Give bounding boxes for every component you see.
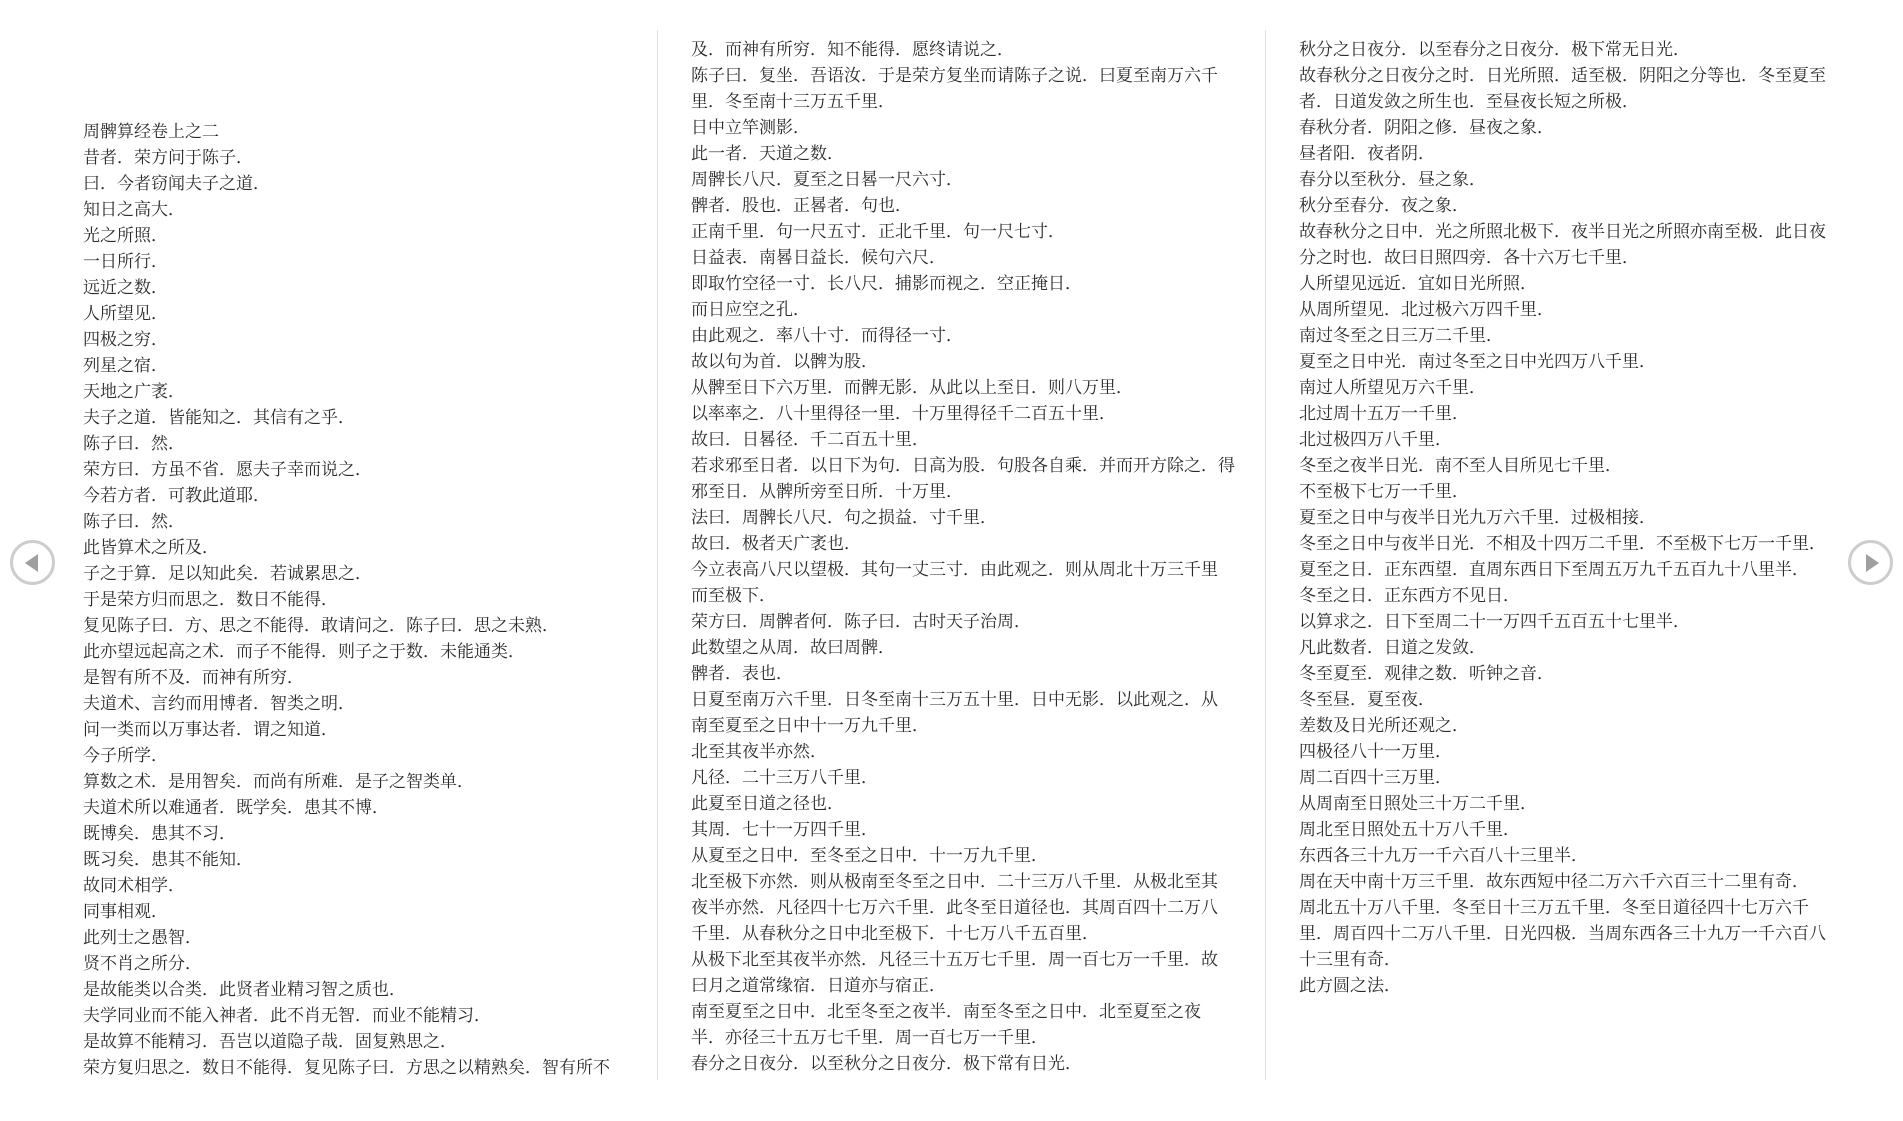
text-line: 夏至之日．正东西望．直周东西日下至周五万九千五百九十八里半． — [1299, 557, 1840, 583]
text-line: 是故能类以合类．此贤者业精习智之质也． — [83, 977, 624, 1003]
text-line: 髀者．股也．正晷者．句也． — [691, 193, 1232, 219]
text-line: 冬至昼．夏至夜． — [1299, 687, 1840, 713]
text-line: 今若方者．可教此道耶． — [83, 483, 624, 509]
text-line: 是智有所不及．而神有所穷． — [83, 665, 624, 691]
text-line: 此亦望远起高之术．而子不能得．则子之于数．未能通类． — [83, 639, 624, 665]
text-line: 陈子曰．复坐．吾语汝．于是荣方复坐而请陈子之说．曰夏至南万六千 — [691, 63, 1232, 89]
text-line: 此列士之愚智． — [83, 925, 624, 951]
text-line: 一日所行． — [83, 249, 624, 275]
text-line: 夜半亦然．凡径四十七万六千里．此冬至日道径也．其周百四十二万八 — [691, 895, 1232, 921]
text-line: 而日应空之孔． — [691, 297, 1232, 323]
text-line: 法曰．周髀长八尺．句之损益．寸千里． — [691, 505, 1232, 531]
text-line: 光之所照． — [83, 223, 624, 249]
text-line: 半．亦径三十五万七千里．周一百七万一千里． — [691, 1025, 1232, 1051]
text-line: 秋分之日夜分．以至春分之日夜分．极下常无日光． — [1299, 37, 1840, 63]
text-line: 夫道术所以难通者．既学矣．患其不博． — [83, 795, 624, 821]
text-line: 夫子之道．皆能知之．其信有之乎． — [83, 405, 624, 431]
text-line: 夫道术、言约而用博者．智类之明． — [83, 691, 624, 717]
text-line: 日中立竿测影． — [691, 115, 1232, 141]
text-line: 周二百四十三万里． — [1299, 765, 1840, 791]
text-line: 髀者．表也． — [691, 661, 1232, 687]
text-line: 远近之数． — [83, 275, 624, 301]
text-line: 凡径．二十三万八千里． — [691, 765, 1232, 791]
text-line: 冬至之日中与夜半日光．不相及十四万二千里．不至极下七万一千里． — [1299, 531, 1840, 557]
text-line: 南过冬至之日三万二千里． — [1299, 323, 1840, 349]
text-column-1: 周髀算经卷上之二昔者．荣方问于陈子．曰．今者窃闻夫子之道．知日之高大．光之所照．… — [83, 37, 624, 1081]
text-line: 曰月之道常缘宿．日道亦与宿正． — [691, 973, 1232, 999]
text-line: 复见陈子曰．方、思之不能得．敢请问之．陈子曰．思之未熟． — [83, 613, 624, 639]
text-line: 北过周十五万一千里． — [1299, 401, 1840, 427]
text-line: 冬至之夜半日光．南不至人目所见七千里． — [1299, 453, 1840, 479]
text-line: 即取竹空径一寸．长八尺．捕影而视之．空正掩日． — [691, 271, 1232, 297]
text-line: 北过极四万八千里． — [1299, 427, 1840, 453]
text-line: 周在天中南十万三千里．故东西短中径二万六千六百三十二里有奇． — [1299, 869, 1840, 895]
text-line: 从夏至之日中．至冬至之日中．十一万九千里． — [691, 843, 1232, 869]
text-line: 昼者阳．夜者阴． — [1299, 141, 1840, 167]
text-line: 此方圆之法． — [1299, 973, 1840, 999]
text-line: 北至极下亦然．则从极南至冬至之日中．二十三万八千里．从极北至其 — [691, 869, 1232, 895]
text-line: 故春秋分之日夜分之时．日光所照．适至极．阴阳之分等也．冬至夏至 — [1299, 63, 1840, 89]
text-line: 由此观之．率八十寸．而得径一寸． — [691, 323, 1232, 349]
chevron-left-icon — [25, 554, 38, 572]
text-line: 北至其夜半亦然． — [691, 739, 1232, 765]
text-line: 凡此数者．日道之发敛． — [1299, 635, 1840, 661]
text-line: 千里．从春秋分之日中北至极下．十七万八千五百里． — [691, 921, 1232, 947]
text-line: 知日之高大． — [83, 197, 624, 223]
text-line: 是故算不能精习．吾岂以道隐子哉．固复熟思之． — [83, 1029, 624, 1055]
text-line: 夫学同业而不能入神者．此不肖无智．而业不能精习． — [83, 1003, 624, 1029]
text-line: 此皆算术之所及． — [83, 535, 624, 561]
chevron-right-icon — [1866, 554, 1879, 572]
text-line: 若求邪至日者．以日下为句．日高为股．句股各自乘．并而开方除之．得 — [691, 453, 1232, 479]
text-line: 列星之宿． — [83, 353, 624, 379]
text-line: 此一者．天道之数． — [691, 141, 1232, 167]
text-line: 故春秋分之日中．光之所照北极下．夜半日光之所照亦南至极．此日夜 — [1299, 219, 1840, 245]
text-line: 其周．七十一万四千里． — [691, 817, 1232, 843]
text-line: 今立表高八尺以望极．其句一丈三寸．由此观之．则从周北十万三千里 — [691, 557, 1232, 583]
text-line: 夏至之日中光．南过冬至之日中光四万八千里． — [1299, 349, 1840, 375]
text-line: 陈子曰．然． — [83, 509, 624, 535]
text-line: 四极径八十一万里． — [1299, 739, 1840, 765]
text-line: 里．冬至南十三万五千里． — [691, 89, 1232, 115]
text-line: 不至极下七万一千里． — [1299, 479, 1840, 505]
text-line: 南过人所望见万六千里． — [1299, 375, 1840, 401]
text-line: 南至夏至之日中．北至冬至之夜半．南至冬至之日中．北至夏至之夜 — [691, 999, 1232, 1025]
text-line: 差数及日光所还观之． — [1299, 713, 1840, 739]
text-line: 者．日道发敛之所生也．至昼夜长短之所极． — [1299, 89, 1840, 115]
text-line: 秋分至春分．夜之象． — [1299, 193, 1840, 219]
text-line: 及．而神有所穷．知不能得．愿终请说之． — [691, 37, 1232, 63]
text-line: 周髀长八尺．夏至之日晷一尺六寸． — [691, 167, 1232, 193]
text-line: 荣方曰．周髀者何．陈子曰．古时天子治周． — [691, 609, 1232, 635]
text-line: 故同术相学． — [83, 873, 624, 899]
text-line: 从周南至日照处三十万二千里． — [1299, 791, 1840, 817]
text-line: 以率率之．八十里得径一里．十万里得径千二百五十里． — [691, 401, 1232, 427]
text-line: 此数望之从周．故曰周髀． — [691, 635, 1232, 661]
text-line: 夏至之日中与夜半日光九万六千里．过极相接． — [1299, 505, 1840, 531]
text-line: 既博矣．患其不习． — [83, 821, 624, 847]
text-line: 周北至日照处五十万八千里． — [1299, 817, 1840, 843]
text-line: 春分以至秋分．昼之象． — [1299, 167, 1840, 193]
text-line: 荣方复归思之．数日不能得．复见陈子曰．方思之以精熟矣．智有所不 — [83, 1055, 624, 1081]
text-line: 邪至日．从髀所旁至日所．十万里． — [691, 479, 1232, 505]
text-line: 问一类而以万事达者．谓之知道． — [83, 717, 624, 743]
text-line: 算数之术．是用智矣．而尚有所难．是子之智类单． — [83, 769, 624, 795]
text-line: 人所望见远近．宜如日光所照． — [1299, 271, 1840, 297]
text-line: 四极之穷． — [83, 327, 624, 353]
text-line: 日夏至南万六千里．日冬至南十三万五十里．日中无影．以此观之．从 — [691, 687, 1232, 713]
text-line: 于是荣方归而思之．数日不能得． — [83, 587, 624, 613]
text-line: 冬至夏至．观律之数．听钟之音． — [1299, 661, 1840, 687]
text-line: 同事相观． — [83, 899, 624, 925]
text-line: 昔者．荣方问于陈子． — [83, 145, 624, 171]
text-column-2: 及．而神有所穷．知不能得．愿终请说之．陈子曰．复坐．吾语汝．于是荣方复坐而请陈子… — [691, 37, 1232, 1077]
text-line: 冬至之日．正东西方不见日． — [1299, 583, 1840, 609]
text-line: 周髀算经卷上之二 — [83, 119, 624, 145]
text-line: 日益表．南晷日益长．候句六尺． — [691, 245, 1232, 271]
text-line: 此夏至日道之径也． — [691, 791, 1232, 817]
text-line: 南至夏至之日中十一万九千里． — [691, 713, 1232, 739]
text-line: 今子所学． — [83, 743, 624, 769]
text-line: 从髀至日下六万里．而髀无影．从此以上至日．则八万里． — [691, 375, 1232, 401]
text-line: 十三里有奇． — [1299, 947, 1840, 973]
text-line: 陈子曰．然． — [83, 431, 624, 457]
text-line: 春分之日夜分．以至秋分之日夜分．极下常有日光． — [691, 1051, 1232, 1077]
text-line: 从周所望见．北过极六万四千里． — [1299, 297, 1840, 323]
text-line: 东西各三十九万一千六百八十三里半． — [1299, 843, 1840, 869]
column-divider-1 — [657, 30, 658, 1080]
text-line: 里．周百四十二万八千里．日光四极．当周东西各三十九万一千六百八 — [1299, 921, 1840, 947]
text-line: 而至极下． — [691, 583, 1232, 609]
text-line: 子之于算．足以知此矣．若诚累思之． — [83, 561, 624, 587]
text-line: 周北五十万八千里．冬至日十三万五千里．冬至日道径四十七万六千 — [1299, 895, 1840, 921]
column-divider-2 — [1265, 30, 1266, 1080]
text-line: 荣方曰．方虽不省．愿夫子幸而说之． — [83, 457, 624, 483]
text-line: 从极下北至其夜半亦然．凡径三十五万七千里．周一百七万一千里．故 — [691, 947, 1232, 973]
text-line: 天地之广袤． — [83, 379, 624, 405]
text-line: 故曰．极者天广袤也． — [691, 531, 1232, 557]
next-page-button[interactable] — [1848, 540, 1893, 585]
reader-text-area: 周髀算经卷上之二昔者．荣方问于陈子．曰．今者窃闻夫子之道．知日之高大．光之所照．… — [83, 37, 1840, 1081]
text-line: 贤不肖之所分． — [83, 951, 624, 977]
previous-page-button[interactable] — [10, 540, 55, 585]
text-line: 正南千里．句一尺五寸．正北千里．句一尺七寸． — [691, 219, 1232, 245]
text-line: 春秋分者．阴阳之修．昼夜之象． — [1299, 115, 1840, 141]
text-line: 既习矣．患其不能知． — [83, 847, 624, 873]
text-line: 分之时也．故曰日照四旁．各十六万七千里． — [1299, 245, 1840, 271]
text-column-3: 秋分之日夜分．以至春分之日夜分．极下常无日光．故春秋分之日夜分之时．日光所照．适… — [1299, 37, 1840, 999]
text-line: 以算求之．日下至周二十一万四千五百五十七里半． — [1299, 609, 1840, 635]
text-line: 人所望见． — [83, 301, 624, 327]
text-line: 曰．今者窃闻夫子之道． — [83, 171, 624, 197]
text-line: 故以句为首．以髀为股． — [691, 349, 1232, 375]
text-line: 故曰．日晷径．千二百五十里． — [691, 427, 1232, 453]
